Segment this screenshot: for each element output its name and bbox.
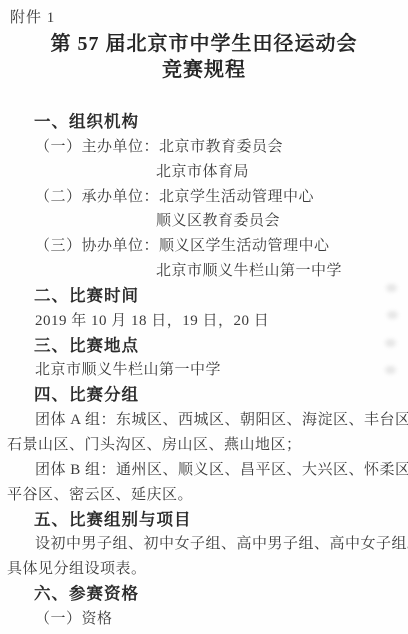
section-heading: 一、组织机构 [7, 110, 403, 135]
body-line: （一）资格 [7, 607, 403, 632]
body-line: 团体 A 组：东城区、西城区、朝阳区、海淀区、丰台区、 [7, 408, 403, 433]
body-line: （二）承办单位：北京学生活动管理中心 [7, 185, 403, 210]
section-heading: 五、比赛组别与项目 [7, 508, 403, 533]
scan-smudge-artifact [386, 284, 397, 292]
section-heading: 六、参赛资格 [7, 582, 403, 607]
document-title: 第 57 届北京市中学生田径运动会 竞赛规程 [0, 31, 408, 83]
body-line: 2019 年 10 月 18 日，19 日，20 日 [7, 309, 403, 334]
document-page: 附件 1 第 57 届北京市中学生田径运动会 竞赛规程 一、组织机构 （一）主办… [0, 0, 408, 634]
body-line: 顺义区教育委员会 [7, 209, 403, 234]
scan-smudge-artifact [385, 339, 396, 347]
document-title-line-2: 竞赛规程 [0, 57, 408, 83]
document-body: 一、组织机构 （一）主办单位：北京市教育委员会 北京市体育局 （二）承办单位：北… [7, 110, 403, 632]
document-title-line-1: 第 57 届北京市中学生田径运动会 [0, 31, 408, 57]
body-line: 团体 B 组：通州区、顺义区、昌平区、大兴区、怀柔区、 [7, 458, 403, 483]
body-line: 北京市顺义牛栏山第一中学 [7, 259, 403, 284]
body-line: 设初中男子组、初中女子组、高中男子组、高中女子组。 [7, 532, 403, 557]
body-line: 北京市体育局 [7, 160, 403, 185]
scan-smudge-artifact [387, 311, 398, 319]
body-line: 平谷区、密云区、延庆区。 [7, 483, 403, 508]
body-line: 石景山区、门头沟区、房山区、燕山地区； [7, 433, 403, 458]
section-heading: 二、比赛时间 [7, 284, 403, 309]
scan-smudge-artifact [385, 366, 396, 374]
body-line: 北京市顺义牛栏山第一中学 [7, 358, 403, 383]
body-line: （一）主办单位：北京市教育委员会 [7, 135, 403, 160]
body-line: 具体见分组设项表。 [7, 557, 403, 582]
attachment-label: 附件 1 [10, 6, 55, 27]
section-heading: 四、比赛分组 [7, 383, 403, 408]
section-heading: 三、比赛地点 [7, 334, 403, 359]
body-line: （三）协办单位：顺义区学生活动管理中心 [7, 234, 403, 259]
